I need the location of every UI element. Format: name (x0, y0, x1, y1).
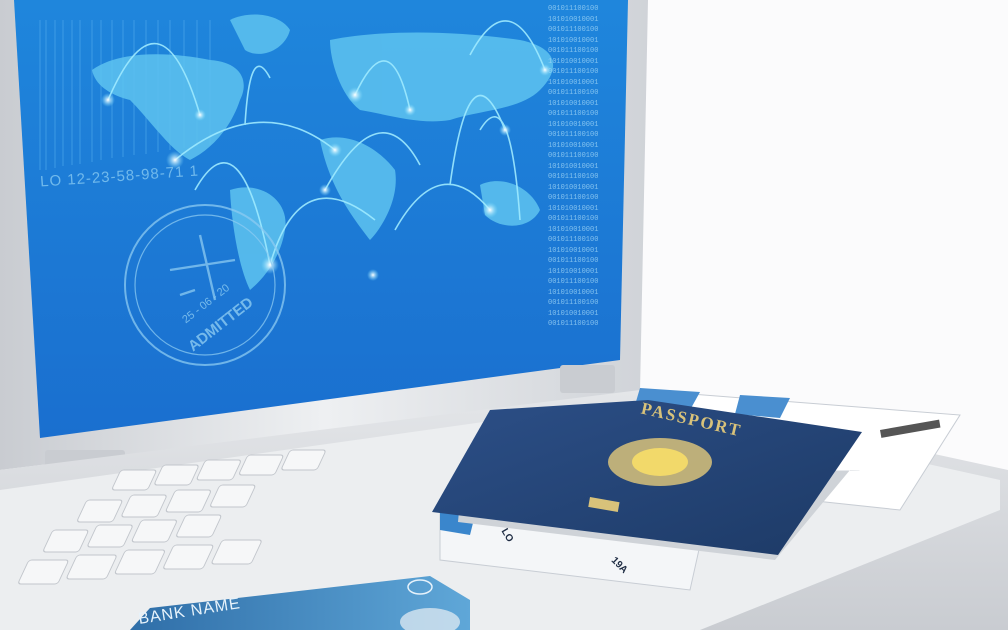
binary-row: 101010010001 (548, 120, 618, 131)
binary-row: 101010010001 (548, 15, 618, 26)
binary-row: 001011100100 (548, 277, 618, 288)
binary-row: 101010010001 (548, 288, 618, 299)
binary-row: 001011100100 (548, 109, 618, 120)
binary-row: 001011100100 (548, 235, 618, 246)
binary-row: 101010010001 (548, 141, 618, 152)
laptop-scene: LO 12-23-58-98-71 1 25 - 06 - 20 ADMITTE… (0, 0, 1008, 630)
binary-row: 101010010001 (548, 309, 618, 320)
binary-row: 001011100100 (548, 256, 618, 267)
binary-row: 001011100100 (548, 151, 618, 162)
binary-row: 101010010001 (548, 57, 618, 68)
binary-row: 001011100100 (548, 193, 618, 204)
binary-row: 001011100100 (548, 130, 618, 141)
binary-row: 101010010001 (548, 183, 618, 194)
binary-row: 001011100100 (548, 88, 618, 99)
binary-row: 001011100100 (548, 25, 618, 36)
binary-column: 0010111001001010100100010010111001001010… (548, 4, 618, 330)
binary-row: 101010010001 (548, 162, 618, 173)
binary-row: 001011100100 (548, 67, 618, 78)
binary-row: 001011100100 (548, 172, 618, 183)
binary-row: 001011100100 (548, 319, 618, 330)
binary-row: 101010010001 (548, 225, 618, 236)
binary-row: 101010010001 (548, 246, 618, 257)
binary-row: 001011100100 (548, 46, 618, 57)
binary-row: 101010010001 (548, 36, 618, 47)
binary-row: 101010010001 (548, 78, 618, 89)
binary-row: 101010010001 (548, 204, 618, 215)
binary-row: 001011100100 (548, 298, 618, 309)
binary-row: 101010010001 (548, 99, 618, 110)
binary-row: 001011100100 (548, 4, 618, 15)
binary-row: 001011100100 (548, 214, 618, 225)
binary-row: 101010010001 (548, 267, 618, 278)
